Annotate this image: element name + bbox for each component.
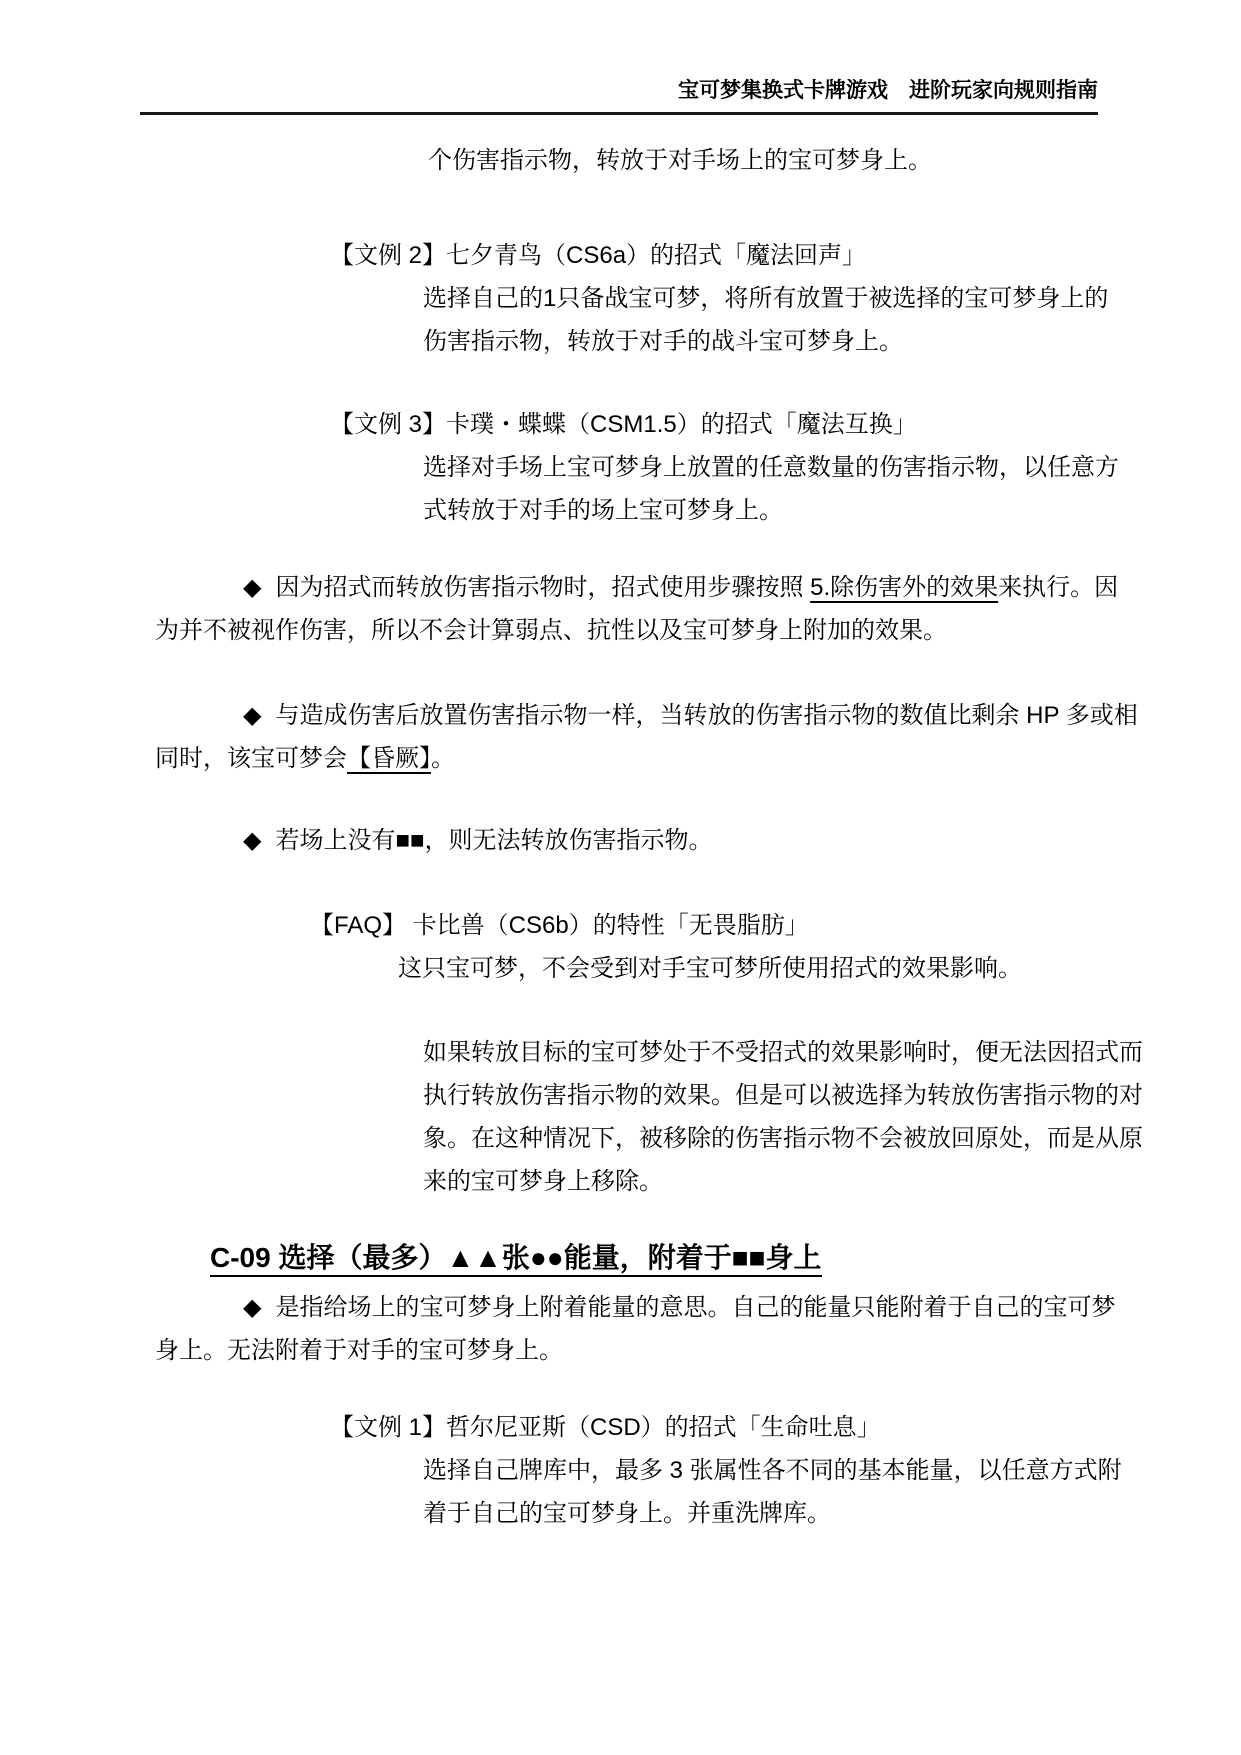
section-heading: C-09 选择（最多）▲▲张●●能量，附着于■■身上 [210,1243,822,1277]
faq-heading-line: 【FAQ】 卡比兽（CS6b）的特性「无畏脂肪」 [310,904,1241,947]
example-1-body-line: 着于自己的宝可梦身上。并重洗牌库。 [423,1492,1241,1535]
underlined-term: 【昏厥】 [347,745,431,772]
paragraph-continuation-line: 个伤害指示物，转放于对手场上的宝可梦身上。 [428,139,1241,182]
bullet-paragraph-knockout-rule: ◆与造成伤害后放置伤害指示物一样，当转放的伤害指示物的数值比剩余 HP 多或相 … [155,694,1241,780]
bullet-line: ◆与造成伤害后放置伤害指示物一样，当转放的伤害指示物的数值比剩余 HP 多或相 [155,694,1241,737]
example-2-heading-line: 【文例 2】七夕青鸟（CS6a）的招式「魔法回声」 [330,234,1241,277]
bullet-line: ◆若场上没有■■，则无法转放伤害指示物。 [155,819,1241,862]
faq-explanation-line: 如果转放目标的宝可梦处于不受招式的效果影响时，便无法因招式而 [423,1031,1241,1074]
document-page: 宝可梦集换式卡牌游戏 进阶玩家向规则指南 个伤害指示物，转放于对手场上的宝可梦身… [0,0,1241,1755]
example-1-heading-line: 【文例 1】哲尔尼亚斯（CSD）的招式「生命吐息」 [330,1406,1241,1449]
example-2-body-line: 伤害指示物，转放于对手的战斗宝可梦身上。 [423,320,1241,363]
example-3-title: 卡璞・蝶蝶（CSM1.5）的招式「魔法互换」 [446,411,917,438]
example-3-label: 【文例 3】 [330,411,446,438]
bullet-paragraph-transfer-rule: ◆因为招式而转放伤害指示物时，招式使用步骤按照 5.除伤害外的效果来执行。因 为… [155,566,1241,652]
example-2-title: 七夕青鸟（CS6a）的招式「魔法回声」 [446,242,866,269]
example-1-title: 哲尔尼亚斯（CSD）的招式「生命吐息」 [446,1414,881,1441]
example-1-body-line: 选择自己牌库中，最多 3 张属性各不同的基本能量，以任意方式附 [423,1449,1241,1492]
bullet-text: 与造成伤害后放置伤害指示物一样，当转放的伤害指示物的数值比剩余 HP 多或相 [275,702,1137,729]
section-heading-wrap: C-09 选择（最多）▲▲张●●能量，附着于■■身上 [210,1243,1241,1277]
bullet-paragraph-attach-rule: ◆是指给场上的宝可梦身上附着能量的意思。自己的能量只能附着于自己的宝可梦 身上。… [155,1286,1241,1372]
bullet-line: 为并不被视作伤害，所以不会计算弱点、抗性以及宝可梦身上附加的效果。 [155,609,1241,652]
bullet-text: 。 [431,745,455,772]
faq-explanation-line: 来的宝可梦身上移除。 [423,1160,1241,1203]
example-3-body-line: 选择对手场上宝可梦身上放置的任意数量的伤害指示物，以任意方 [423,446,1241,489]
example-block-3: 【文例 3】卡璞・蝶蝶（CSM1.5）的招式「魔法互换」 选择对手场上宝可梦身上… [0,403,1241,532]
bullet-line: ◆因为招式而转放伤害指示物时，招式使用步骤按照 5.除伤害外的效果来执行。因 [155,566,1241,609]
example-block-2: 【文例 2】七夕青鸟（CS6a）的招式「魔法回声」 选择自己的1只备战宝可梦，将… [0,234,1241,363]
diamond-bullet-icon: ◆ [243,1286,261,1329]
faq-title: 卡比兽（CS6b）的特性「无畏脂肪」 [406,912,809,939]
bullet-line: 身上。无法附着于对手的宝可梦身上。 [155,1329,1241,1372]
bullet-paragraph-no-target: ◆若场上没有■■，则无法转放伤害指示物。 [155,819,1241,862]
diamond-bullet-icon: ◆ [243,819,261,862]
underlined-reference: 5.除伤害外的效果 [810,574,998,601]
faq-label: 【FAQ】 [310,912,406,939]
diamond-bullet-icon: ◆ [243,566,261,609]
bullet-line: ◆是指给场上的宝可梦身上附着能量的意思。自己的能量只能附着于自己的宝可梦 [155,1286,1241,1329]
diamond-bullet-icon: ◆ [243,694,261,737]
bullet-text: 同时，该宝可梦会 [155,745,347,772]
faq-explanation-line: 执行转放伤害指示物的效果。但是可以被选择为转放伤害指示物的对 [423,1074,1241,1117]
bullet-text: 来执行。因 [998,574,1118,601]
page-content: 个伤害指示物，转放于对手场上的宝可梦身上。 【文例 2】七夕青鸟（CS6a）的招… [0,0,1241,1535]
faq-explanation-line: 象。在这种情况下，被移除的伤害指示物不会被放回原处，而是从原 [423,1117,1241,1160]
example-1-label: 【文例 1】 [330,1414,446,1441]
example-2-body-line: 选择自己的1只备战宝可梦，将所有放置于被选择的宝可梦身上的 [423,277,1241,320]
faq-explanation-block: 如果转放目标的宝可梦处于不受招式的效果影响时，便无法因招式而 执行转放伤害指示物… [0,1031,1241,1203]
example-3-heading-line: 【文例 3】卡璞・蝶蝶（CSM1.5）的招式「魔法互换」 [330,403,1241,446]
example-block-1: 【文例 1】哲尔尼亚斯（CSD）的招式「生命吐息」 选择自己牌库中，最多 3 张… [0,1406,1241,1535]
example-2-label: 【文例 2】 [330,242,446,269]
example-3-body-line: 式转放于对手的场上宝可梦身上。 [423,489,1241,532]
bullet-text: 因为招式而转放伤害指示物时，招式使用步骤按照 [275,574,810,601]
faq-body-line: 这只宝可梦，不会受到对手宝可梦所使用招式的效果影响。 [398,947,1241,990]
faq-block: 【FAQ】 卡比兽（CS6b）的特性「无畏脂肪」 这只宝可梦，不会受到对手宝可梦… [0,904,1241,990]
bullet-text: 是指给场上的宝可梦身上附着能量的意思。自己的能量只能附着于自己的宝可梦 [275,1294,1115,1321]
bullet-line: 同时，该宝可梦会【昏厥】。 [155,737,1241,780]
bullet-text: 若场上没有■■，则无法转放伤害指示物。 [275,827,712,854]
